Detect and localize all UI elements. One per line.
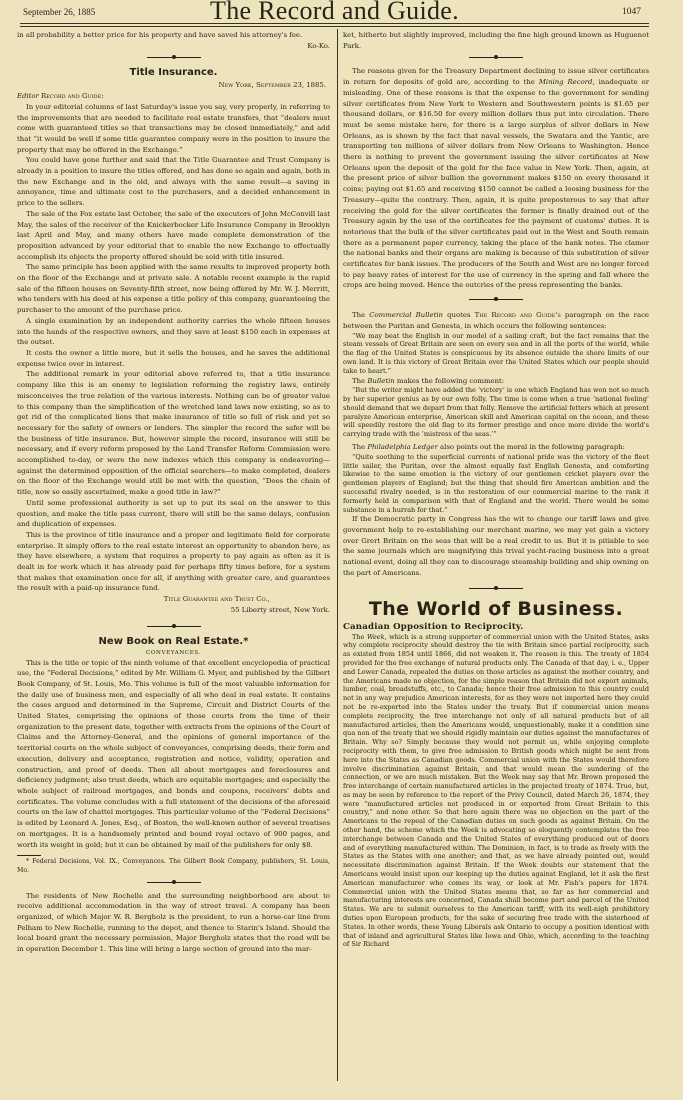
text-run: quotes bbox=[443, 311, 475, 319]
paragraph-treasury: The reasons given for the Treasury Depar… bbox=[343, 66, 649, 291]
article-subheading: CONVEYANCES. bbox=[17, 649, 330, 658]
section-divider bbox=[469, 586, 523, 591]
text-run: The bbox=[352, 377, 365, 385]
paragraph: The sale of the Fox estate last October,… bbox=[17, 209, 330, 263]
paragraph: The Philadelphia Ledger also points out … bbox=[343, 442, 649, 453]
paragraph: It costs the owner a little more, but it… bbox=[17, 348, 330, 369]
salutation-recipient: Record and Guide: bbox=[41, 92, 104, 100]
text-run: The bbox=[352, 633, 364, 641]
salutation-editor: Editor bbox=[17, 92, 39, 100]
paragraph: In your editorial columns of last Saturd… bbox=[17, 102, 330, 156]
paragraph-new-rochelle: The residents of New Rochelle and the su… bbox=[17, 891, 330, 955]
section-divider bbox=[147, 55, 201, 60]
masthead: September 26, 1885 The Record and Guide.… bbox=[20, 0, 649, 24]
paragraph: Until some professional authority is set… bbox=[17, 498, 330, 530]
paragraph: The Week, which is a strong supporter of… bbox=[343, 633, 649, 950]
masthead-rule-double bbox=[20, 26, 649, 27]
paragraph: A single examination by an independent a… bbox=[17, 316, 330, 348]
publication-name: Philadelphia Ledger bbox=[367, 443, 437, 451]
newspaper-page: September 26, 1885 The Record and Guide.… bbox=[0, 0, 683, 1100]
section-heading-world-of-business: The World of Business. bbox=[343, 597, 649, 621]
text-run: The bbox=[352, 311, 365, 319]
quotation: “We may beat the English in our model of… bbox=[343, 332, 649, 376]
text-run: also points out the moral in the followi… bbox=[438, 443, 625, 451]
dateline: New York, September 23, 1885. bbox=[17, 80, 330, 91]
signature-company: Title Guarantee and Trust Co., bbox=[17, 594, 330, 605]
publication-name: Mining Record bbox=[539, 78, 593, 86]
salutation: Editor Record and Guide: bbox=[17, 91, 330, 102]
quotation: “Quite soothing to the superficial curre… bbox=[343, 453, 649, 515]
text-run: The bbox=[352, 443, 365, 451]
section-divider bbox=[469, 297, 523, 302]
column-divider bbox=[337, 29, 338, 1081]
footnote-rule bbox=[17, 855, 41, 856]
paragraph: The additional remark in your editorial … bbox=[17, 369, 330, 497]
paragraph: The same principle has been applied with… bbox=[17, 262, 330, 316]
article-heading-new-book: New Book on Real Estate.* bbox=[17, 635, 330, 649]
masthead-rule bbox=[20, 23, 649, 24]
paragraph: This is the title or topic of the ninth … bbox=[17, 658, 330, 851]
publication-name: Bulletin bbox=[367, 377, 394, 385]
continued-text: in all probability a better price for hi… bbox=[17, 30, 330, 41]
text-run: makes the following comment: bbox=[395, 377, 504, 385]
left-column: in all probability a better price for hi… bbox=[17, 30, 330, 1090]
paragraph: If the Democratic party in Congress has … bbox=[343, 514, 649, 578]
text-run: , inadequate or misleading. One of these… bbox=[343, 78, 649, 289]
paragraph-bulletin: The Commercial Bulletin quotes The Recor… bbox=[343, 310, 649, 331]
footnote: * Federal Decisions, Vol. IX., Conveyanc… bbox=[17, 858, 330, 875]
signature-address: 55 Liberty street, New York. bbox=[17, 605, 330, 616]
text-run: , which is a strong supporter of commerc… bbox=[343, 633, 649, 949]
paragraph: This is the province of title insurance … bbox=[17, 530, 330, 594]
section-divider bbox=[469, 55, 523, 60]
publication-name: The Record and Guide's bbox=[475, 311, 561, 319]
paragraph: The Bulletin makes the following comment… bbox=[343, 376, 649, 387]
quotation: “But the writer might have added the ‘vi… bbox=[343, 386, 649, 439]
article-heading-title-insurance: Title Insurance. bbox=[17, 66, 330, 80]
signature-koko: Ko-Ko. bbox=[17, 41, 330, 52]
section-divider bbox=[147, 880, 201, 885]
section-divider bbox=[147, 624, 201, 629]
right-column: ket, hitherto but slightly improved, inc… bbox=[343, 30, 649, 1090]
continued-text: ket, hitherto but slightly improved, inc… bbox=[343, 30, 649, 51]
publication-name: Week bbox=[367, 633, 385, 641]
article-heading-canadian-opposition: Canadian Opposition to Reciprocity. bbox=[343, 621, 649, 633]
paragraph: You could have gone further and said tha… bbox=[17, 155, 330, 209]
page-number: 1047 bbox=[622, 7, 641, 17]
publication-name: Commercial Bulletin bbox=[369, 311, 443, 319]
